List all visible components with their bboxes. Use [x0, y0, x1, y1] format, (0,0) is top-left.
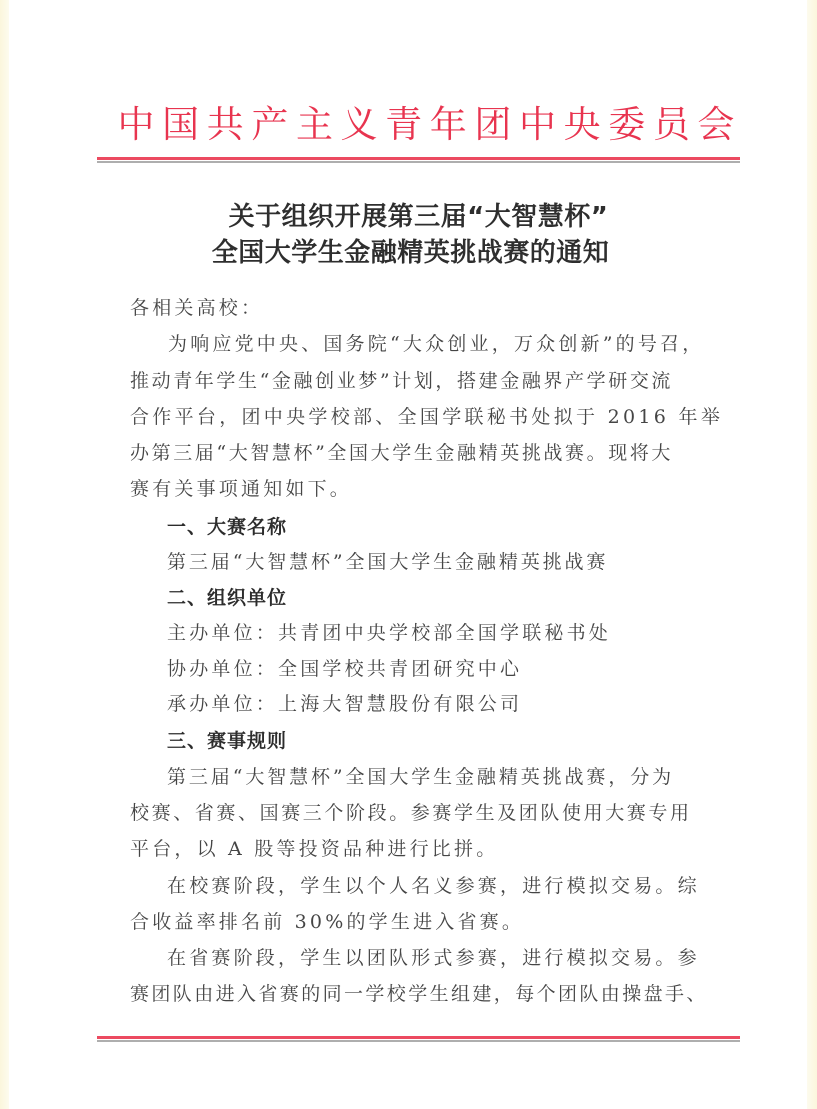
letterhead-char: 会 — [696, 100, 736, 150]
scan-edge-left — [0, 0, 9, 1109]
document-title-line-1: 关于组织开展第三届“大智慧杯” — [0, 196, 817, 233]
letterhead-char: 委 — [607, 100, 647, 150]
section-heading-2: 二、组织单位 — [167, 583, 287, 610]
body-line: 办第三届“大智慧杯”全国大学生金融精英挑战赛。现将大 — [130, 438, 673, 465]
letterhead-divider — [97, 157, 740, 163]
letterhead-char: 青 — [384, 100, 424, 150]
body-line: 推动青年学生“金融创业梦”计划，搭建金融界产学研交流 — [130, 366, 673, 393]
letterhead-char: 义 — [339, 100, 379, 150]
letterhead-char: 主 — [294, 100, 334, 150]
letterhead-char: 共 — [205, 100, 245, 150]
letterhead-char: 中 — [517, 100, 557, 150]
body-line: 合作平台，团中央学校部、全国学联秘书处拟于 2016 年举 — [130, 402, 723, 429]
letterhead-char: 产 — [250, 100, 290, 150]
letterhead-char: 央 — [562, 100, 602, 150]
body-line: 主办单位：共青团中央学校部全国学联秘书处 — [167, 618, 611, 645]
footer-divider — [97, 1036, 740, 1042]
letterhead-char: 员 — [651, 100, 691, 150]
body-line: 在省赛阶段，学生以团队形式参赛，进行模拟交易。参 — [167, 943, 700, 970]
letterhead-char: 国 — [161, 100, 201, 150]
body-line: 合收益率排名前 30%的学生进入省赛。 — [130, 907, 524, 934]
body-line: 在校赛阶段，学生以个人名义参赛，进行模拟交易。综 — [167, 871, 700, 898]
letterhead-char: 年 — [428, 100, 468, 150]
body-line: 平台，以 A 股等投资品种进行比拼。 — [130, 834, 498, 861]
letterhead-char: 团 — [473, 100, 513, 150]
body-line: 为响应党中央、国务院“大众创业，万众创新”的号召， — [168, 329, 704, 356]
body-line: 赛团队由进入省赛的同一学校学生组建，每个团队由操盘手、 — [130, 979, 708, 1006]
document-title-line-2: 全国大学生金融精英挑战赛的通知 — [0, 232, 817, 269]
salutation: 各相关高校： — [130, 293, 263, 320]
body-line: 协办单位：全国学校共青团研究中心 — [167, 654, 522, 681]
body-line: 第三届“大智慧杯”全国大学生金融精英挑战赛，分为 — [167, 762, 674, 789]
body-line: 承办单位：上海大智慧股份有限公司 — [167, 689, 522, 716]
body-line: 赛有关事项通知如下。 — [130, 474, 352, 501]
section-heading-3: 三、赛事规则 — [167, 726, 287, 753]
scan-edge-right — [807, 0, 817, 1109]
letterhead-char: 中 — [116, 100, 156, 150]
body-line: 第三届“大智慧杯”全国大学生金融精英挑战赛 — [167, 547, 608, 574]
section-heading-1: 一、大赛名称 — [167, 512, 287, 539]
body-line: 校赛、省赛、国赛三个阶段。参赛学生及团队使用大赛专用 — [130, 798, 692, 825]
letterhead-organization: 中 国 共 产 主 义 青 年 团 中 央 委 员 会 — [116, 100, 736, 150]
